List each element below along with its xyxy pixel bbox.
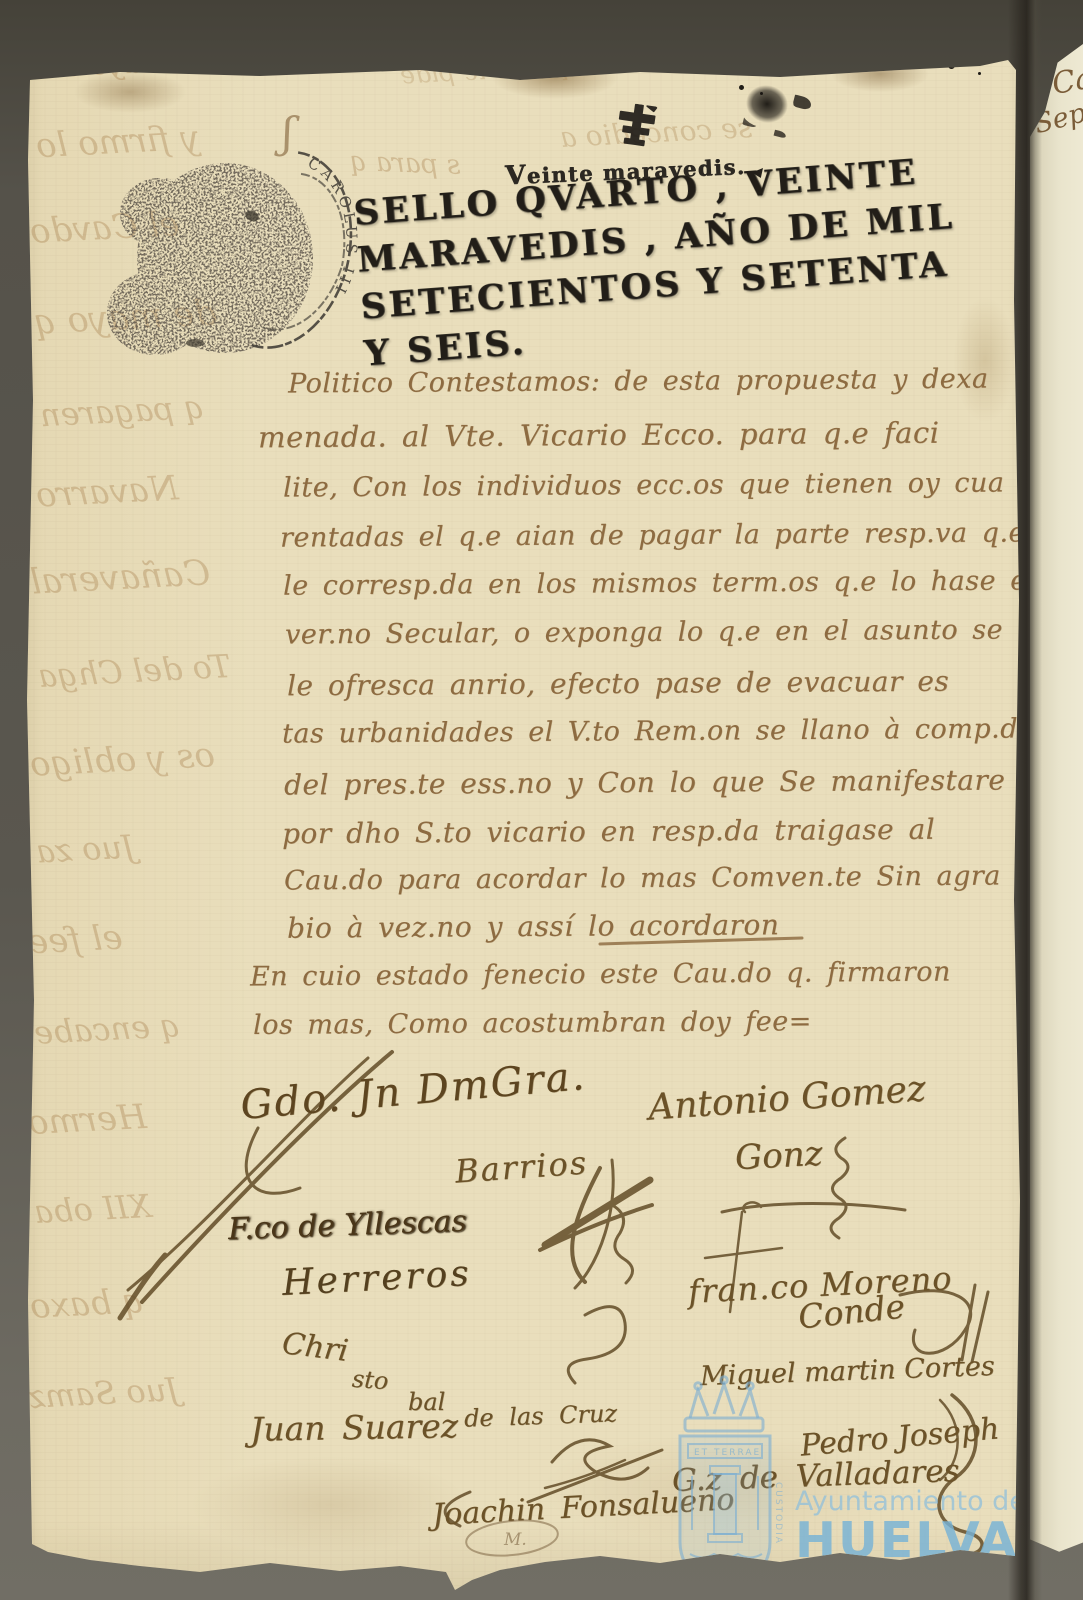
ghost-ink-fragment: Juo Samz <box>27 1370 180 1416</box>
manuscript-line: le ofresca anrio, efecto pase de evacuar… <box>287 665 949 703</box>
signature: sto <box>351 1365 389 1395</box>
adjacent-page-text-fragment: Cau <box>1049 57 1083 102</box>
watermark-text: HUELVA <box>795 1512 1018 1569</box>
svg-text:ET TERRAE: ET TERRAE <box>694 1448 761 1458</box>
svg-text:M.: M. <box>503 1530 527 1550</box>
ghost-ink-fragment: el fee <box>27 918 124 963</box>
signature: de las Cruz <box>464 1399 618 1432</box>
manuscript-line: le corresp.da en los mismos term.os q.e … <box>283 565 1036 601</box>
ghost-ink-fragment: Hermo <box>27 1097 148 1143</box>
ghost-ink-fragment: q baxo <box>29 1281 145 1327</box>
manuscript-line: En cuio estado fenecio este Cau.do q. fi… <box>250 957 951 993</box>
ink-specks <box>440 66 443 69</box>
ghost-ink-fragment: q encabe <box>33 1006 181 1052</box>
manuscript-line: por dho S.to vicario en resp.da traigase… <box>282 813 935 851</box>
manuscript-line: ver.no Secular, o exponga lo q.e en el a… <box>285 614 1003 650</box>
manuscript-line: los mas, Como acostumbran doy fee= <box>253 1006 812 1041</box>
faint-oval-seal: M. <box>462 1516 562 1560</box>
manuscript-page: de mayo de que se le pide se concedio a … <box>0 0 1083 1600</box>
svg-text:CUSTODIA: CUSTODIA <box>773 1482 783 1545</box>
manuscript-line: del pres.te ess.no y Con lo que Se manif… <box>284 763 1006 801</box>
signature: Juan Suarez <box>250 1406 459 1449</box>
ghost-ink-fragment: Navarro <box>35 468 179 515</box>
manuscript-line: menada. al Vte. Vicario Ecco. para q.e f… <box>258 416 940 455</box>
manuscript-line: Cau.do para acordar lo mas Comven.te Sin… <box>284 860 1001 896</box>
calvary-cross-icon <box>613 101 659 150</box>
manuscript-line: bio à vez.no y assí lo acordaron <box>287 908 780 944</box>
ghost-ink-fragment: XII oba <box>33 1187 152 1231</box>
signature-rubric: Gonz <box>734 1134 823 1179</box>
ghost-ink-fragment: Juo za <box>35 827 136 870</box>
manuscript-line: tas urbanidades el V.to Rem.on se llano … <box>282 713 1035 749</box>
huelva-coat-of-arms-icon: ET TERRAE CUSTODIA <box>652 1372 802 1600</box>
archive-scan: Cau Sept de mayo de que se le pide se co… <box>0 0 1083 1600</box>
manuscript-line: Politico Contestamos: de esta propuesta … <box>288 364 989 400</box>
manuscript-line: lite, Con los individuos ecc.os que tien… <box>283 467 1005 503</box>
manuscript-line: rentadas el q.e aian de pagar la parte r… <box>280 517 1025 553</box>
